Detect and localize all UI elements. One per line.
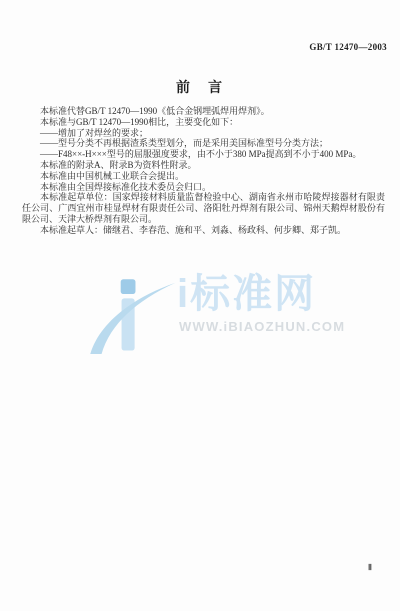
foreword-paragraph-6: 本标准起草单位：国家焊接材料质量监督检验中心、湖南省永州市哈陵焊接器材有限责任公… <box>22 192 385 224</box>
page-number: Ⅱ <box>368 563 372 572</box>
document-page: GB/T 12470—2003 前 言 i标准网 WWW.iBIAOZHUN.C… <box>0 0 400 611</box>
foreword-paragraph-3: 本标准的附录A、附录B为资料性附录。 <box>22 160 385 171</box>
foreword-body: 本标准代替GB/T 12470—1990《低合金钢埋弧焊用焊剂》。 本标准与GB… <box>22 106 385 236</box>
foreword-paragraph-2: 本标准与GB/T 12470—1990相比，主要变化如下： <box>22 117 385 128</box>
foreword-paragraph-1: 本标准代替GB/T 12470—1990《低合金钢埋弧焊用焊剂》。 <box>22 106 385 117</box>
ibiaozhun-logo-icon <box>88 274 176 354</box>
foreword-paragraph-4: 本标准由中国机械工业联合会提出。 <box>22 171 385 182</box>
watermark-url: WWW.iBIAOZHUN.COM <box>179 319 345 334</box>
standard-number: GB/T 12470—2003 <box>309 42 387 52</box>
watermark-brand: i标准网 <box>177 272 316 316</box>
foreword-change-item-1: ——增加了对焊丝的要求； <box>22 128 385 139</box>
foreword-change-item-2: ——型号分类不再根据渣系类型划分，而是采用美国标准型号分类方法； <box>22 138 385 149</box>
foreword-change-item-3: ——F48××-H×××型号的屈服强度要求，由不小于380 MPa提高到不小于4… <box>22 149 385 160</box>
foreword-paragraph-5: 本标准由全国焊接标准化技术委员会归口。 <box>22 182 385 193</box>
foreword-paragraph-7: 本标准起草人：储继君、李春范、施和平、刘淼、杨政科、何步卿、郑子凯。 <box>22 225 385 236</box>
page-title: 前 言 <box>0 77 400 97</box>
